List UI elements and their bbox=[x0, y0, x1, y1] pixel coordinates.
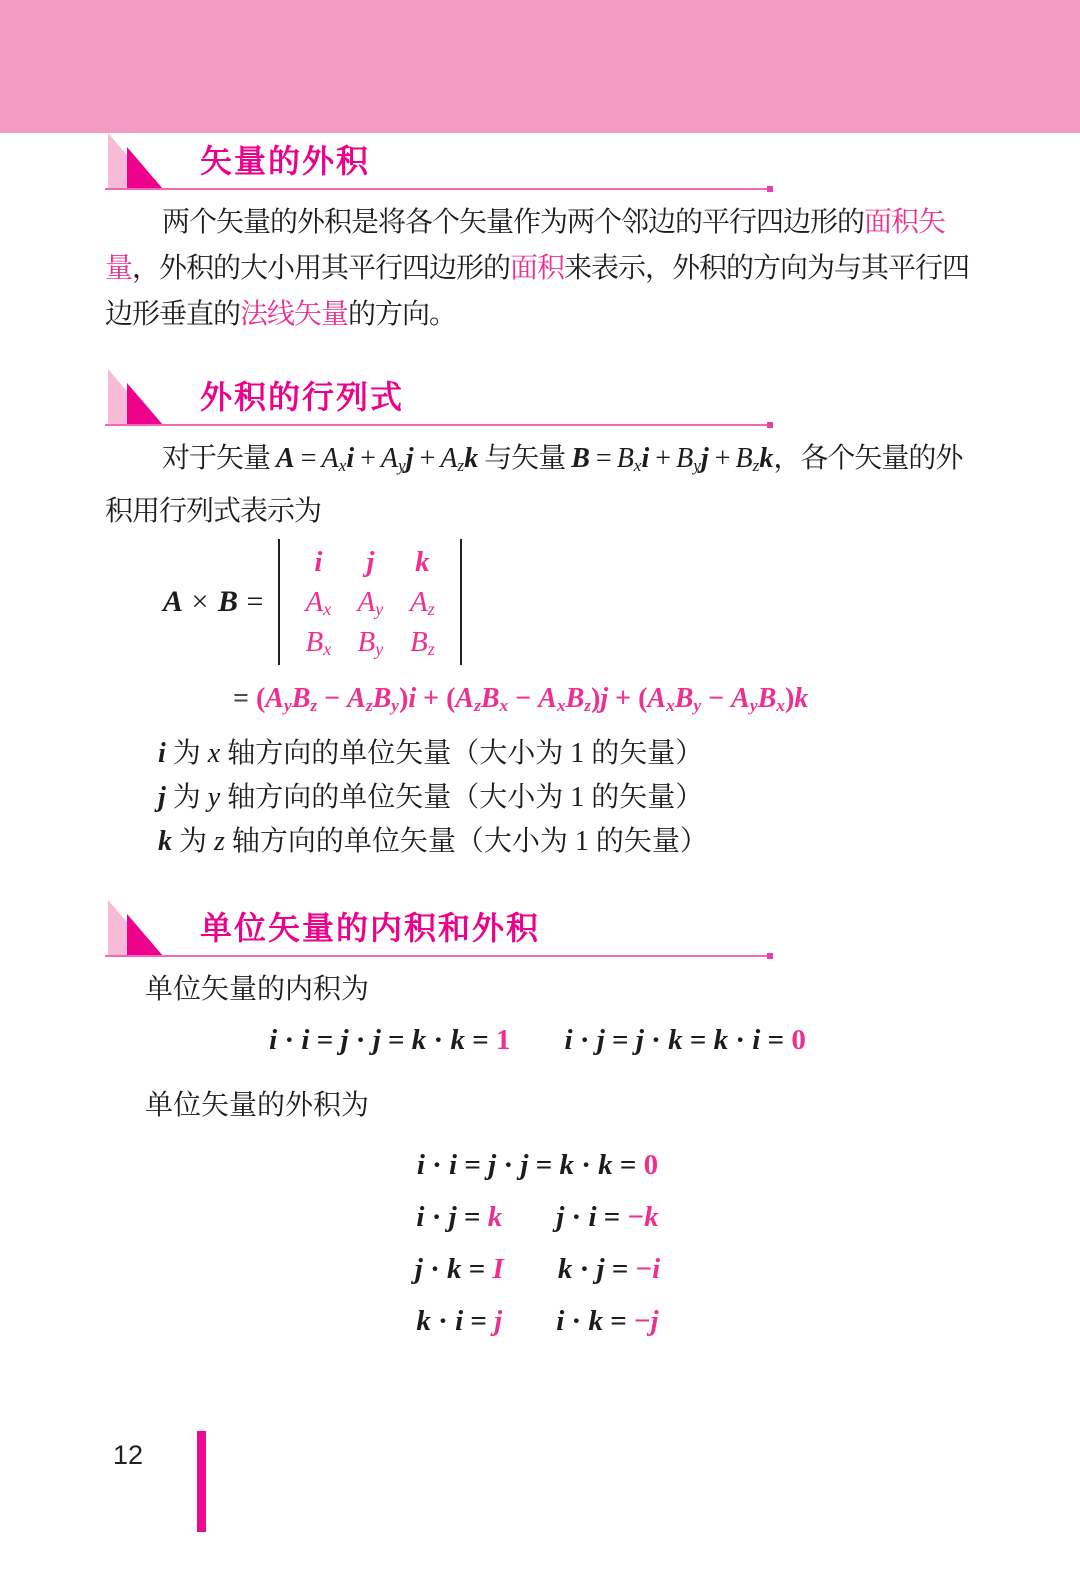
paragraph-line: 两个矢量的外积是将各个矢量作为两个邻边的平行四边形的面积矢 bbox=[105, 200, 970, 246]
text-segment: k bbox=[488, 1201, 503, 1233]
section-marker-icon bbox=[106, 369, 168, 426]
determinant-cell: By bbox=[344, 625, 396, 659]
text-segment: y bbox=[284, 696, 292, 715]
text-segment: y bbox=[750, 696, 758, 715]
footer-accent-bar bbox=[197, 1431, 206, 1532]
text-segment: 为 bbox=[172, 826, 214, 857]
text-segment: − bbox=[701, 683, 731, 714]
text-segment: j bbox=[415, 1253, 423, 1285]
text-segment: A bbox=[265, 683, 284, 714]
text-segment: A bbox=[455, 683, 474, 714]
section-header-unit-vectors: 单位矢量的内积和外积 bbox=[105, 900, 970, 957]
text-segment: k bbox=[668, 1024, 683, 1056]
text-segment: · bbox=[349, 1024, 373, 1056]
section-marker-icon bbox=[106, 900, 168, 957]
text-segment: · bbox=[728, 1024, 752, 1056]
text-segment: i bbox=[652, 1253, 660, 1285]
text-segment: = bbox=[238, 585, 264, 618]
text-segment: 轴方向的单位矢量（大小为 1 的矢量） bbox=[220, 738, 703, 769]
section-underline bbox=[105, 955, 770, 957]
paragraph-determinant: 对于矢量 A = Axi + Ayj + Azk 与矢量 B = Bxi + B… bbox=[105, 436, 970, 535]
text-segment: − bbox=[628, 1201, 645, 1233]
text-segment: y bbox=[208, 782, 220, 813]
section-header-determinant: 外积的行列式 bbox=[105, 369, 970, 426]
text-segment: 量 bbox=[105, 253, 132, 284]
unit-vector-note: j 为 y 轴方向的单位矢量（大小为 1 的矢量） bbox=[158, 776, 970, 820]
text-segment: = bbox=[465, 1024, 496, 1056]
text-segment: A bbox=[647, 683, 666, 714]
text-segment: · bbox=[431, 1305, 455, 1337]
text-segment: x bbox=[208, 738, 220, 769]
text-segment: B bbox=[758, 683, 777, 714]
text-segment: B bbox=[736, 443, 753, 474]
text-segment: ，外积的大小用其平行四边形的 bbox=[132, 253, 510, 284]
text-segment: A bbox=[538, 683, 557, 714]
determinant-matrix: i j k Ax Ay Az Bx By Bz bbox=[278, 539, 462, 665]
text-segment: ) bbox=[399, 683, 408, 714]
text-segment: z bbox=[428, 599, 435, 619]
section-title: 矢量的外积 bbox=[200, 136, 370, 182]
text-segment: B bbox=[358, 626, 376, 658]
text-segment: 1 bbox=[496, 1024, 511, 1056]
text-segment: + bbox=[709, 443, 736, 474]
text-segment: ( bbox=[256, 683, 265, 714]
text-segment: k bbox=[158, 826, 172, 857]
page-content: 矢量的外积 两个矢量的外积是将各个矢量作为两个邻边的平行四边形的面积矢 量，外积… bbox=[0, 133, 1080, 1347]
page-number: 12 bbox=[113, 1440, 143, 1471]
determinant-cell: Az bbox=[396, 585, 448, 619]
text-segment: j bbox=[340, 1024, 348, 1056]
text-segment: A bbox=[381, 443, 398, 474]
text-segment: y bbox=[398, 456, 406, 475]
section-marker-icon bbox=[106, 133, 168, 190]
text-segment: + bbox=[649, 443, 676, 474]
text-segment: j bbox=[488, 1149, 496, 1181]
text-segment: − bbox=[634, 1305, 651, 1337]
text-segment: i bbox=[408, 683, 416, 714]
cross-product-formulas: i · i = j · j = k · k = 0 i · j = kj · i… bbox=[105, 1139, 970, 1347]
text-segment: · bbox=[564, 1201, 588, 1233]
text-segment: y bbox=[375, 599, 383, 619]
text-segment: 为 bbox=[166, 738, 208, 769]
section-title: 单位矢量的内积和外积 bbox=[200, 903, 540, 949]
text-segment: i bbox=[269, 1024, 277, 1056]
text-segment: B bbox=[676, 443, 693, 474]
text-segment: B bbox=[617, 443, 634, 474]
text-segment: y bbox=[693, 456, 701, 475]
header-band bbox=[0, 0, 1080, 133]
text-segment: = bbox=[457, 1201, 488, 1233]
text-segment: 与矢量 bbox=[478, 443, 571, 474]
cross-product-line: j · k = Ik · j = −i bbox=[105, 1243, 970, 1295]
text-segment: = bbox=[605, 1024, 636, 1056]
text-segment: z bbox=[584, 696, 591, 715]
text-segment: 对于矢量 bbox=[162, 443, 276, 474]
text-segment: = bbox=[463, 1305, 494, 1337]
text-segment: · bbox=[574, 1149, 598, 1181]
text-segment: A bbox=[731, 683, 750, 714]
text-segment: · bbox=[423, 1253, 447, 1285]
text-segment: A bbox=[306, 586, 324, 618]
text-segment: B bbox=[481, 683, 500, 714]
text-segment: · bbox=[496, 1149, 520, 1181]
text-segment: = bbox=[457, 1149, 488, 1181]
text-segment: k bbox=[759, 443, 773, 474]
text-segment: B bbox=[373, 683, 392, 714]
text-segment: × bbox=[183, 585, 218, 618]
determinant-cell: Bz bbox=[396, 625, 448, 659]
lead-outer-product: 单位矢量的外积为 bbox=[145, 1087, 970, 1125]
text-segment: k bbox=[447, 1253, 462, 1285]
text-segment: j bbox=[494, 1305, 502, 1337]
text-segment: j bbox=[158, 782, 166, 813]
text-segment: 来表示，外积的方向为与其平行四 bbox=[564, 253, 969, 284]
text-segment: − bbox=[636, 1253, 653, 1285]
text-segment: z bbox=[474, 696, 481, 715]
text-segment: B bbox=[218, 585, 238, 618]
text-segment: i bbox=[565, 1024, 573, 1056]
text-segment: 面积矢 bbox=[864, 207, 945, 238]
text-segment: j bbox=[449, 1201, 457, 1233]
text-segment: k bbox=[464, 443, 478, 474]
text-segment: x bbox=[500, 696, 509, 715]
text-segment: k bbox=[415, 546, 430, 578]
text-segment: · bbox=[564, 1305, 588, 1337]
text-segment: x bbox=[323, 599, 331, 619]
text-segment: = bbox=[683, 1024, 714, 1056]
text-segment: = bbox=[597, 1201, 628, 1233]
text-segment: A bbox=[276, 443, 295, 474]
lead-inner-product: 单位矢量的内积为 bbox=[145, 971, 970, 1009]
expansion-formula: = (AyBz − AzBy)i + (AzBx − AxBz)j + (AxB… bbox=[233, 683, 970, 716]
text-segment: j bbox=[373, 1024, 381, 1056]
text-segment: · bbox=[573, 1024, 597, 1056]
text-segment: 0 bbox=[644, 1149, 659, 1181]
text-segment: j bbox=[406, 443, 414, 474]
text-segment: k bbox=[558, 1253, 573, 1285]
text-segment: · bbox=[572, 1253, 596, 1285]
text-segment: = bbox=[603, 1305, 634, 1337]
text-segment: i bbox=[158, 738, 166, 769]
text-segment: = bbox=[760, 1024, 791, 1056]
text-segment: B bbox=[566, 683, 585, 714]
text-segment: B bbox=[292, 683, 311, 714]
cross-product-line: i · i = j · j = k · k = 0 bbox=[105, 1139, 970, 1191]
text-segment: j bbox=[701, 443, 709, 474]
text-segment: i bbox=[417, 1149, 425, 1181]
text-segment: · bbox=[425, 1149, 449, 1181]
text-segment: 的方向。 bbox=[348, 299, 456, 330]
determinant-formula: A × B = i j k Ax Ay Az Bx By Bz bbox=[163, 539, 970, 665]
inner-product-formula: i · i = j · j = k · k = 1i · j = j · k =… bbox=[105, 1021, 970, 1059]
text-segment: + bbox=[414, 443, 441, 474]
text-segment: B bbox=[410, 626, 428, 658]
determinant-cell: Ay bbox=[344, 585, 396, 619]
text-segment: k bbox=[588, 1305, 603, 1337]
text-segment: = bbox=[613, 1149, 644, 1181]
text-segment: · bbox=[426, 1024, 450, 1056]
text-segment: j bbox=[600, 683, 608, 714]
text-segment: = bbox=[528, 1149, 559, 1181]
text-segment: x bbox=[634, 456, 642, 475]
unit-vector-note: i 为 x 轴方向的单位矢量（大小为 1 的矢量） bbox=[158, 732, 970, 776]
text-segment: i bbox=[449, 1149, 457, 1181]
text-segment: = bbox=[462, 1253, 493, 1285]
text-segment: 为 bbox=[166, 782, 208, 813]
paragraph-line: 对于矢量 A = Axi + Ayj + Azk 与矢量 B = Bxi + B… bbox=[105, 436, 970, 489]
paragraph-line: 积用行列式表示为 bbox=[105, 489, 970, 535]
section-underline bbox=[105, 188, 770, 190]
text-segment: z bbox=[366, 696, 373, 715]
text-segment: · bbox=[277, 1024, 301, 1056]
text-segment: y bbox=[391, 696, 399, 715]
text-segment: · bbox=[644, 1024, 668, 1056]
text-segment: = bbox=[233, 683, 256, 714]
text-segment: 面积 bbox=[510, 253, 564, 284]
text-segment: k bbox=[450, 1024, 465, 1056]
text-segment: ) bbox=[785, 683, 794, 714]
text-segment: = bbox=[295, 443, 322, 474]
text-segment: z bbox=[214, 826, 225, 857]
text-segment: k bbox=[714, 1024, 729, 1056]
text-segment: k bbox=[559, 1149, 574, 1181]
text-segment: 轴方向的单位矢量（大小为 1 的矢量） bbox=[225, 826, 708, 857]
text-segment: B bbox=[306, 626, 324, 658]
paragraph-line: 量，外积的大小用其平行四边形的面积来表示，外积的方向为与其平行四 bbox=[105, 246, 970, 292]
paragraph-line: 边形垂直的法线矢量的方向。 bbox=[105, 292, 970, 338]
text-segment: j bbox=[636, 1024, 644, 1056]
text-segment: k bbox=[412, 1024, 427, 1056]
text-segment: 两个矢量的外积是将各个矢量作为两个邻边的平行四边形的 bbox=[162, 207, 864, 238]
text-segment: i bbox=[346, 443, 354, 474]
book-page: 矢量的外积 两个矢量的外积是将各个矢量作为两个邻边的平行四边形的面积矢 量，外积… bbox=[0, 0, 1080, 1592]
text-segment: 积用行列式表示为 bbox=[105, 496, 321, 527]
determinant-cell: i bbox=[292, 545, 344, 579]
text-segment: 法线矢量 bbox=[240, 299, 348, 330]
unit-vector-notes: i 为 x 轴方向的单位矢量（大小为 1 的矢量） j 为 y 轴方向的单位矢量… bbox=[158, 732, 970, 864]
text-segment: y bbox=[375, 639, 383, 659]
text-segment: A bbox=[410, 586, 428, 618]
text-segment: = bbox=[590, 443, 617, 474]
text-segment: − bbox=[317, 683, 347, 714]
text-segment: i bbox=[455, 1305, 463, 1337]
text-segment: = bbox=[381, 1024, 412, 1056]
text-segment: B bbox=[675, 683, 694, 714]
text-segment: A bbox=[358, 586, 376, 618]
text-segment: + bbox=[354, 443, 381, 474]
text-segment: ，各个矢量的外 bbox=[773, 443, 962, 474]
text-segment: A bbox=[440, 443, 457, 474]
text-segment: j bbox=[597, 1024, 605, 1056]
text-segment: ) bbox=[591, 683, 600, 714]
text-segment: ( bbox=[446, 683, 455, 714]
determinant-cell: Bx bbox=[292, 625, 344, 659]
determinant-cell: k bbox=[396, 545, 448, 579]
text-segment: 0 bbox=[791, 1024, 806, 1056]
text-segment: i bbox=[314, 546, 322, 578]
text-segment: = bbox=[309, 1024, 340, 1056]
text-segment: − bbox=[508, 683, 538, 714]
text-segment: A bbox=[163, 585, 183, 618]
text-segment: x bbox=[666, 696, 675, 715]
text-segment: · bbox=[424, 1201, 448, 1233]
section-underline bbox=[105, 424, 770, 426]
section-header-cross-product: 矢量的外积 bbox=[105, 133, 970, 190]
text-segment: I bbox=[493, 1253, 504, 1285]
text-segment: 轴方向的单位矢量（大小为 1 的矢量） bbox=[220, 782, 703, 813]
text-segment: j bbox=[597, 1253, 605, 1285]
determinant-cell: Ax bbox=[292, 585, 344, 619]
text-segment: 边形垂直的 bbox=[105, 299, 240, 330]
text-segment: A bbox=[322, 443, 339, 474]
text-segment: A bbox=[347, 683, 366, 714]
determinant-cell: j bbox=[344, 545, 396, 579]
section-title: 外积的行列式 bbox=[200, 372, 404, 418]
text-segment: j bbox=[651, 1305, 659, 1337]
text-segment: z bbox=[428, 639, 435, 659]
text-segment: + bbox=[416, 683, 446, 714]
text-segment: k bbox=[644, 1201, 659, 1233]
unit-vector-note: k 为 z 轴方向的单位矢量（大小为 1 的矢量） bbox=[158, 820, 970, 864]
text-segment: x bbox=[557, 696, 566, 715]
text-segment: x bbox=[776, 696, 785, 715]
cross-product-line: k · i = ji · k = −j bbox=[105, 1295, 970, 1347]
paragraph-cross-product: 两个矢量的外积是将各个矢量作为两个邻边的平行四边形的面积矢 量，外积的大小用其平… bbox=[105, 200, 970, 338]
text-segment: k bbox=[794, 683, 808, 714]
text-segment: i bbox=[588, 1201, 596, 1233]
text-segment: k bbox=[598, 1149, 613, 1181]
text-segment: + bbox=[608, 683, 638, 714]
text-segment: j bbox=[366, 546, 374, 578]
cross-product-line: i · j = kj · i = −k bbox=[105, 1191, 970, 1243]
text-segment: k bbox=[416, 1305, 431, 1337]
text-segment: = bbox=[605, 1253, 636, 1285]
determinant-lhs: A × B = bbox=[163, 585, 264, 619]
text-segment: x bbox=[323, 639, 331, 659]
text-segment: B bbox=[571, 443, 590, 474]
